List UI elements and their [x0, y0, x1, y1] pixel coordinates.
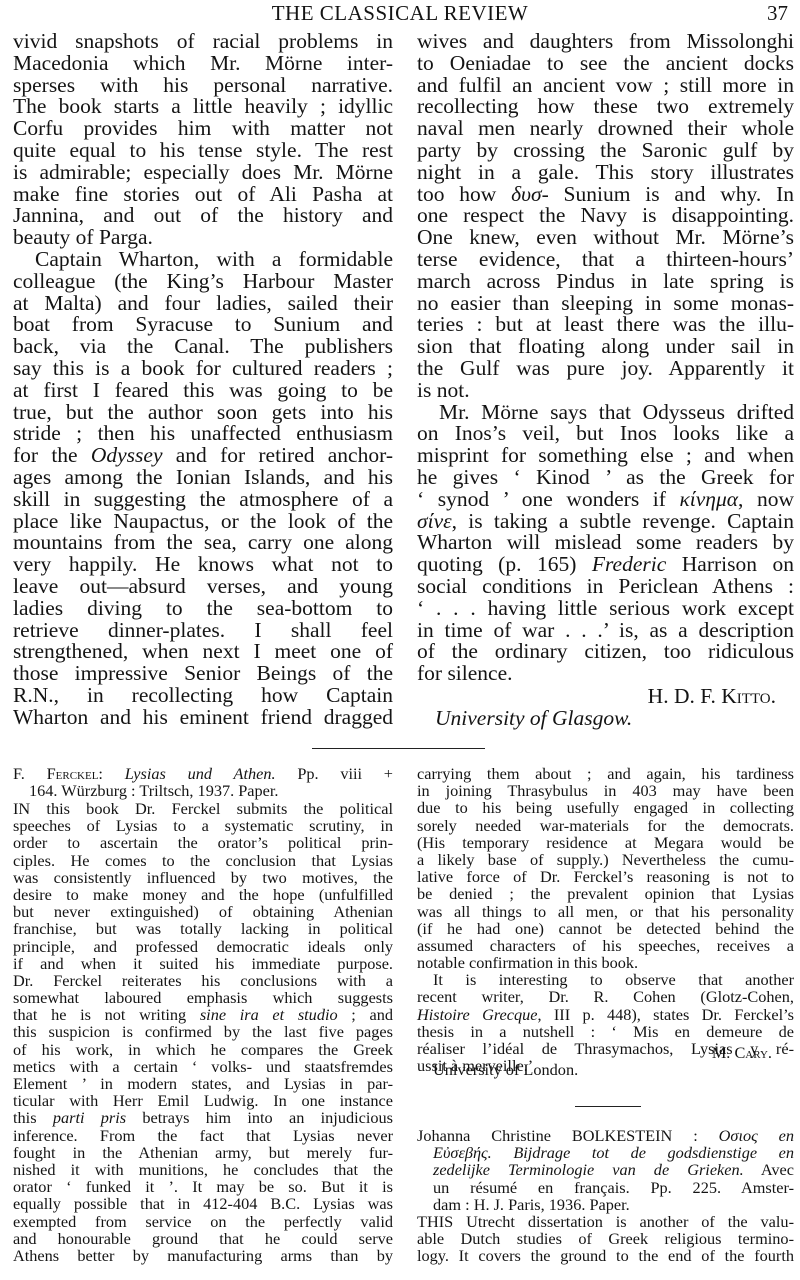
text-line: to Oeniadae to see the ancient docks — [417, 53, 794, 75]
text-line: ages among the Ionian Islands, and his — [13, 467, 393, 489]
text-line: (if he had one) cannot be detected behin… — [417, 920, 794, 937]
review2-book-title: Lysias und Athen. — [125, 764, 276, 783]
page-number: 37 — [767, 1, 788, 26]
text-line: boat from Syracuse to Sunium and — [13, 314, 393, 336]
text-line: notable confirmation in this book. — [417, 954, 794, 971]
text-line: quite equal to his tense style. The rest — [13, 140, 393, 162]
section-divider — [312, 748, 485, 749]
text-line: was consistently influenced by two motiv… — [13, 869, 393, 886]
text-line: march across Pindus in late spring is — [417, 271, 794, 293]
text-line: sorely needed war-materials for the demo… — [417, 817, 794, 834]
text-line: (His temporary residence at Megara would… — [417, 834, 794, 851]
text-line: able Dutch studies of Greek religious te… — [417, 1230, 794, 1247]
text-line: is not. — [417, 380, 794, 402]
text-line: the Gulf was pure joy. Apparently it — [417, 358, 794, 380]
text-line: THIS Utrecht dissertation is another of … — [417, 1213, 794, 1230]
text-line: at first I feared this was going to be — [13, 380, 393, 402]
text-line: wives and daughters from Missolonghi — [417, 31, 794, 53]
text-line: ‘ . . . having little serious work excep… — [417, 598, 794, 620]
text-line: somewhat laboured emphasis which suggest… — [13, 989, 393, 1006]
text-line: terse evidence, that a thirteen-hours’ — [417, 249, 794, 271]
text-line: he gives ‘ Kinod ’ as the Greek for — [417, 467, 794, 489]
review1-signature: H. D. F. Kitto. University of Glasgow. — [417, 686, 794, 730]
text-line: back, via the Canal. The publishers — [13, 336, 393, 358]
review2-heading: F. Ferckel: Lysias und Athen. Pp. viii +… — [13, 765, 393, 799]
text-line: zedelijke Terminologie van de Grieken. A… — [417, 1161, 794, 1178]
text-line: Macedonia which Mr. Mörne inter- — [13, 53, 393, 75]
review3-heading: Johanna Christine BOLKESTEIN : Οσιος enΕ… — [417, 1127, 794, 1213]
text-line: un résumé en français. Pp. 225. Amster- — [417, 1179, 794, 1196]
review1-left-column: vivid snapshots of racial problems inMac… — [13, 31, 393, 729]
text-line: stride ; then his unaffected enthusiasm — [13, 423, 393, 445]
text-line: One knew, even without Mr. Mörne’s — [417, 227, 794, 249]
text-line: recollecting how these two extremely — [417, 96, 794, 118]
text-line: social conditions in Periclean Athens : — [417, 576, 794, 598]
text-line: beauty of Parga. — [13, 227, 393, 249]
text-line: thesis in a nutshell : ‘ Mis en demeure … — [417, 1023, 794, 1040]
review2-signature-author-wrap: M. Cary. — [417, 1044, 794, 1061]
review2-author: F. Ferckel — [13, 764, 98, 783]
review2-affiliation: University of London. — [417, 1061, 794, 1078]
text-line: party by crossing the Saronic gulf by — [417, 140, 794, 162]
text-line: say this is a book for cultured readers … — [13, 358, 393, 380]
text-line: no easier than sleeping in some monas- — [417, 293, 794, 315]
text-line: for silence. — [417, 663, 794, 685]
text-line: too how δυσ- Sunium is and why. In — [417, 184, 794, 206]
text-line: sperses with his personal narrative. — [13, 75, 393, 97]
text-line: ciples. He comes to the conclusion that … — [13, 852, 393, 869]
text-line: Εὐσεβής. Bijdrage tot de godsdienstige e… — [417, 1144, 794, 1161]
text-line: mountains from the sea, carry one along — [13, 532, 393, 554]
text-line: Element ’ in modern states, and Lysias i… — [13, 1075, 393, 1092]
text-line: teries : but at least there was the illu… — [417, 314, 794, 336]
text-line: ladies diving to the sea-bottom to — [13, 598, 393, 620]
section-divider-2 — [575, 1106, 641, 1107]
text-line: that he is not writing sine ira et studi… — [13, 1006, 393, 1023]
text-line: Mr. Mörne says that Odysseus drifted — [417, 402, 794, 424]
text-line: Captain Wharton, with a formidable — [13, 249, 393, 271]
review2-right-column: carrying them about ; and again, his tar… — [417, 765, 794, 1074]
text-line: Histoire Grecque, III p. 448), states Dr… — [417, 1006, 794, 1023]
text-line: sion that floating along under sail in — [417, 336, 794, 358]
text-line: It is interesting to observe that anothe… — [417, 971, 794, 988]
text-line: Wharton and his eminent friend dragged — [13, 707, 393, 729]
review1-affiliation: University of Glasgow. — [417, 708, 794, 730]
text-line: place like Naupactus, or the look of the — [13, 511, 393, 533]
text-line: be denied ; the prevalent opinion that L… — [417, 885, 794, 902]
text-line: leave out—absurd verses, and young — [13, 576, 393, 598]
text-line: if and when it suited his immediate purp… — [13, 955, 393, 972]
text-line: misprint for something else ; and when — [417, 445, 794, 467]
text-line: of the ordinary citizen, too ridiculous — [417, 641, 794, 663]
text-line: quoting (p. 165) Frederic Harrison on — [417, 554, 794, 576]
text-line: principle, and professed democratic idea… — [13, 938, 393, 955]
text-line: The book starts a little heavily ; idyll… — [13, 96, 393, 118]
text-line: at Malta) and four ladies, sailed their — [13, 293, 393, 315]
text-line: and honourable ground that he could serv… — [13, 1230, 393, 1247]
page-header: THE CLASSICAL REVIEW 37 — [0, 0, 800, 30]
review2-heading-line1: F. Ferckel: Lysias und Athen. Pp. viii + — [13, 765, 393, 782]
text-line: a likely base of supply.) Nevertheless t… — [417, 851, 794, 868]
text-line: naval men nearly drowned their whole — [417, 118, 794, 140]
text-line: orator ‘ funked it ’. It may be so. But … — [13, 1178, 393, 1195]
text-line: in time of war . . .’ is, as a descripti… — [417, 620, 794, 642]
review2-author-signature: M. Cary. — [417, 1044, 794, 1061]
text-line: colleague (the King’s Harbour Master — [13, 271, 393, 293]
text-line: ‘ synod ’ one wonders if κίνημα, now — [417, 489, 794, 511]
text-line: lative force of Dr. Ferckel’s reasoning … — [417, 868, 794, 885]
text-line: recent writer, Dr. R. Cohen (Glotz-Cohen… — [417, 988, 794, 1005]
text-line: franchise, but was totally lacking in po… — [13, 920, 393, 937]
text-line: of his work, in which he compares the Gr… — [13, 1041, 393, 1058]
text-line: was all things to all men, or that his p… — [417, 903, 794, 920]
text-line: equally possible that in 412-404 B.C. Ly… — [13, 1195, 393, 1212]
review1-right-column: wives and daughters from Missolonghito O… — [417, 31, 794, 685]
text-line: Wharton will mislead some readers by — [417, 532, 794, 554]
text-line: Athens better by manufacturing arms than… — [13, 1247, 393, 1264]
text-line: Dr. Ferckel reiterates his conclusions w… — [13, 972, 393, 989]
text-line: metics with a certain ‘ volks- und staat… — [13, 1058, 393, 1075]
text-line: vivid snapshots of racial problems in — [13, 31, 393, 53]
text-line: assumed characters of his speeches, rece… — [417, 937, 794, 954]
text-line: dam : H. J. Paris, 1936. Paper. — [417, 1196, 794, 1213]
text-line: due to his being usefully engaged in col… — [417, 799, 794, 816]
text-line: strengthened, when next I meet one of — [13, 641, 393, 663]
review2-pages: Pp. viii + — [297, 764, 393, 783]
text-line: very happily. He knows what not to — [13, 554, 393, 576]
text-line: skill in suggesting the atmosphere of a — [13, 489, 393, 511]
text-line: R.N., in recollecting how Captain — [13, 685, 393, 707]
running-title: THE CLASSICAL REVIEW — [0, 1, 800, 26]
text-line: Corfu provides him with matter not — [13, 118, 393, 140]
text-line: nished it with munitions, he concludes t… — [13, 1161, 393, 1178]
text-line: ticular with Herr Emil Ludwig. In one in… — [13, 1092, 393, 1109]
text-line: speeches of Lysias to a systematic scrut… — [13, 817, 393, 834]
text-line: in joining Thrasybulus in 403 may have b… — [417, 782, 794, 799]
text-line: and fulfil an ancient vow ; still more i… — [417, 75, 794, 97]
text-line: order to ascertain the orator’s politica… — [13, 834, 393, 851]
text-line: on Inos’s veil, but Inos looks like a — [417, 423, 794, 445]
text-line: desire to make money and the hope (unful… — [13, 886, 393, 903]
text-line: true, but the author soon gets into his — [13, 402, 393, 424]
review2-signature: University of London. — [417, 1061, 794, 1078]
text-line: Jannina, and out of the history and — [13, 205, 393, 227]
review2-left-column: IN this book Dr. Ferckel submits the pol… — [13, 800, 393, 1264]
review1-author: H. D. F. Kitto. — [417, 686, 794, 708]
text-line: fought in the Athenian army, but merely … — [13, 1144, 393, 1161]
text-line: make fine stories out of Ali Pasha at — [13, 184, 393, 206]
text-line: this parti pris betrays him into an inju… — [13, 1109, 393, 1126]
text-line: this suspicion is confirmed by the last … — [13, 1023, 393, 1040]
text-line: logy. It covers the ground to the end of… — [417, 1247, 794, 1264]
text-line: carrying them about ; and again, his tar… — [417, 765, 794, 782]
text-line: is admirable; especially does Mr. Mörne — [13, 162, 393, 184]
text-line: one respect the Navy is disappointing. — [417, 205, 794, 227]
text-line: exempted from service on the perfectly v… — [13, 1213, 393, 1230]
text-line: for the Odyssey and for retired anchor- — [13, 445, 393, 467]
text-line: Johanna Christine BOLKESTEIN : Οσιος en — [417, 1127, 794, 1144]
text-line: inference. From the fact that Lysias nev… — [13, 1127, 393, 1144]
text-line: IN this book Dr. Ferckel submits the pol… — [13, 800, 393, 817]
text-line: but never extinguished) of obtaining Ath… — [13, 903, 393, 920]
text-line: σίνε, is taking a subtle revenge. Captai… — [417, 511, 794, 533]
text-line: those impressive Senior Beings of the — [13, 663, 393, 685]
review3-body: THIS Utrecht dissertation is another of … — [417, 1213, 794, 1265]
review2-heading-line2: 164. Würzburg : Triltsch, 1937. Paper. — [13, 782, 393, 799]
text-line: retrieve dinner-plates. I shall feel — [13, 620, 393, 642]
text-line: night in a gale. This story illustrates — [417, 162, 794, 184]
